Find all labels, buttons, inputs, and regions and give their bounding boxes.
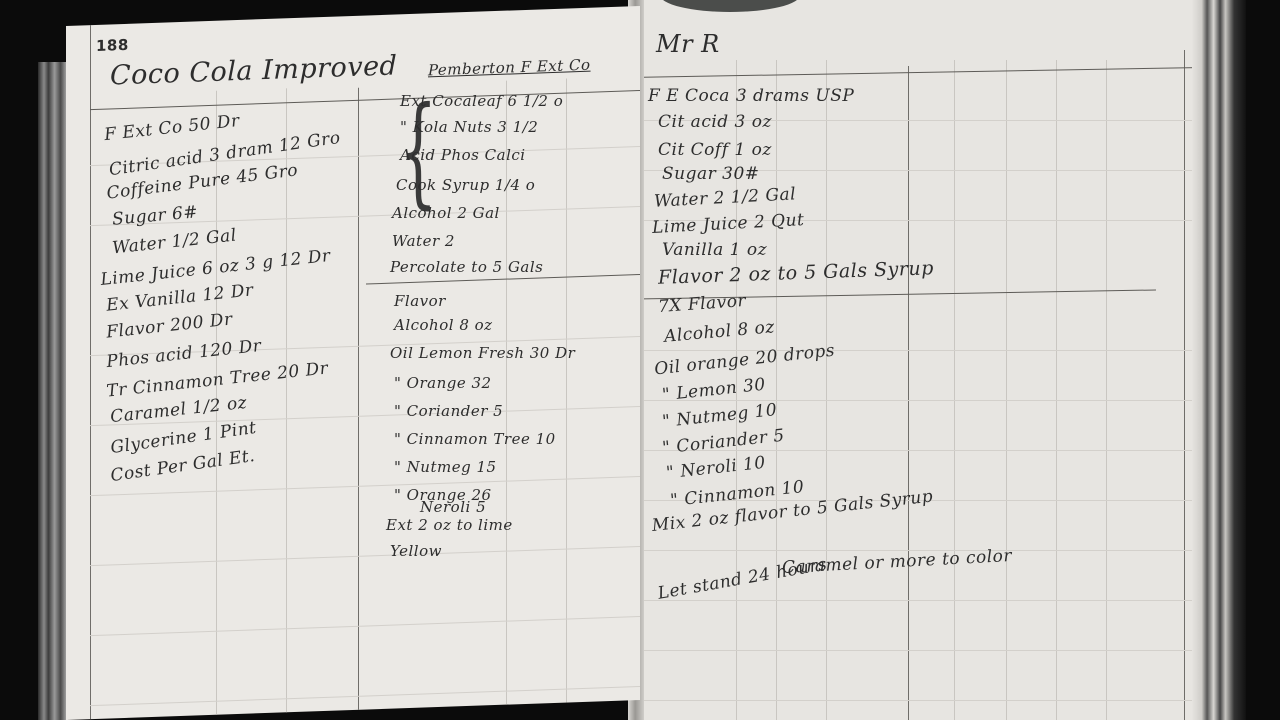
recipe-line: 7X Flavor bbox=[657, 291, 746, 317]
recipe-line: Cit Coff 1 oz bbox=[658, 140, 772, 160]
recipe-line: " Nutmeg 15 bbox=[394, 458, 497, 476]
recipe-line: F Ext Co 50 Dr bbox=[103, 111, 240, 145]
notebook-photo: Mr R F E Coca 3 drams USP Cit acid 3 oz … bbox=[0, 0, 1280, 720]
recipe-line: Neroli 5 bbox=[420, 498, 486, 516]
recipe-line: Alcohol 2 Gal bbox=[392, 204, 500, 222]
page-stack-edge-right bbox=[1192, 0, 1246, 720]
recipe-line: Flavor 200 Dr bbox=[105, 309, 233, 342]
recipe-line: Sugar 30# bbox=[662, 164, 760, 184]
left-page-text: F Ext Co 50 Dr Citric acid 3 dram 12 Gro… bbox=[0, 0, 640, 720]
recipe-line: Vanilla 1 oz bbox=[662, 240, 767, 260]
recipe-line: Flavor bbox=[394, 292, 446, 310]
recipe-line: Cit acid 3 oz bbox=[658, 112, 772, 132]
recipe-line: Acid Phos Calci bbox=[400, 146, 526, 164]
recipe-line: Sugar 6# bbox=[111, 202, 199, 229]
recipe-line: Ext Cocaleaf 6 1/2 o bbox=[400, 92, 563, 110]
recipe-line: F E Coca 3 drams USP bbox=[648, 86, 854, 106]
recipe-line: Alcohol 8 oz bbox=[663, 317, 775, 347]
recipe-line: Yellow bbox=[390, 542, 442, 560]
recipe-line: " Orange 32 bbox=[394, 374, 492, 392]
recipe-line: Percolate to 5 Gals bbox=[390, 258, 543, 276]
recipe-line: Cook Syrup 1/4 o bbox=[396, 176, 535, 194]
recipe-line: Water 2 bbox=[392, 232, 455, 250]
recipe-line: Oil orange 20 drops bbox=[653, 341, 836, 380]
recipe-line: Oil Lemon Fresh 30 Dr bbox=[390, 344, 575, 362]
recipe-line: " Coriander 5 bbox=[394, 402, 503, 420]
recipe-line: " Kola Nuts 3 1/2 bbox=[400, 118, 538, 136]
recipe-line: Flavor 2 oz to 5 Gals Syrup bbox=[658, 257, 934, 289]
recipe-line: Lime Juice 2 Qut bbox=[652, 210, 805, 238]
right-page-heading: Mr R bbox=[656, 30, 720, 58]
right-page: Mr R F E Coca 3 drams USP Cit acid 3 oz … bbox=[636, 0, 1196, 720]
recipe-line: " Cinnamon Tree 10 bbox=[394, 430, 556, 448]
recipe-line: Alcohol 8 oz bbox=[394, 316, 493, 334]
recipe-line: " Coriander 5 bbox=[661, 426, 785, 459]
recipe-line: " Neroli 10 bbox=[665, 453, 766, 483]
recipe-line: Ext 2 oz to lime bbox=[386, 516, 513, 534]
recipe-line: Water 1/2 Gal bbox=[111, 226, 237, 259]
